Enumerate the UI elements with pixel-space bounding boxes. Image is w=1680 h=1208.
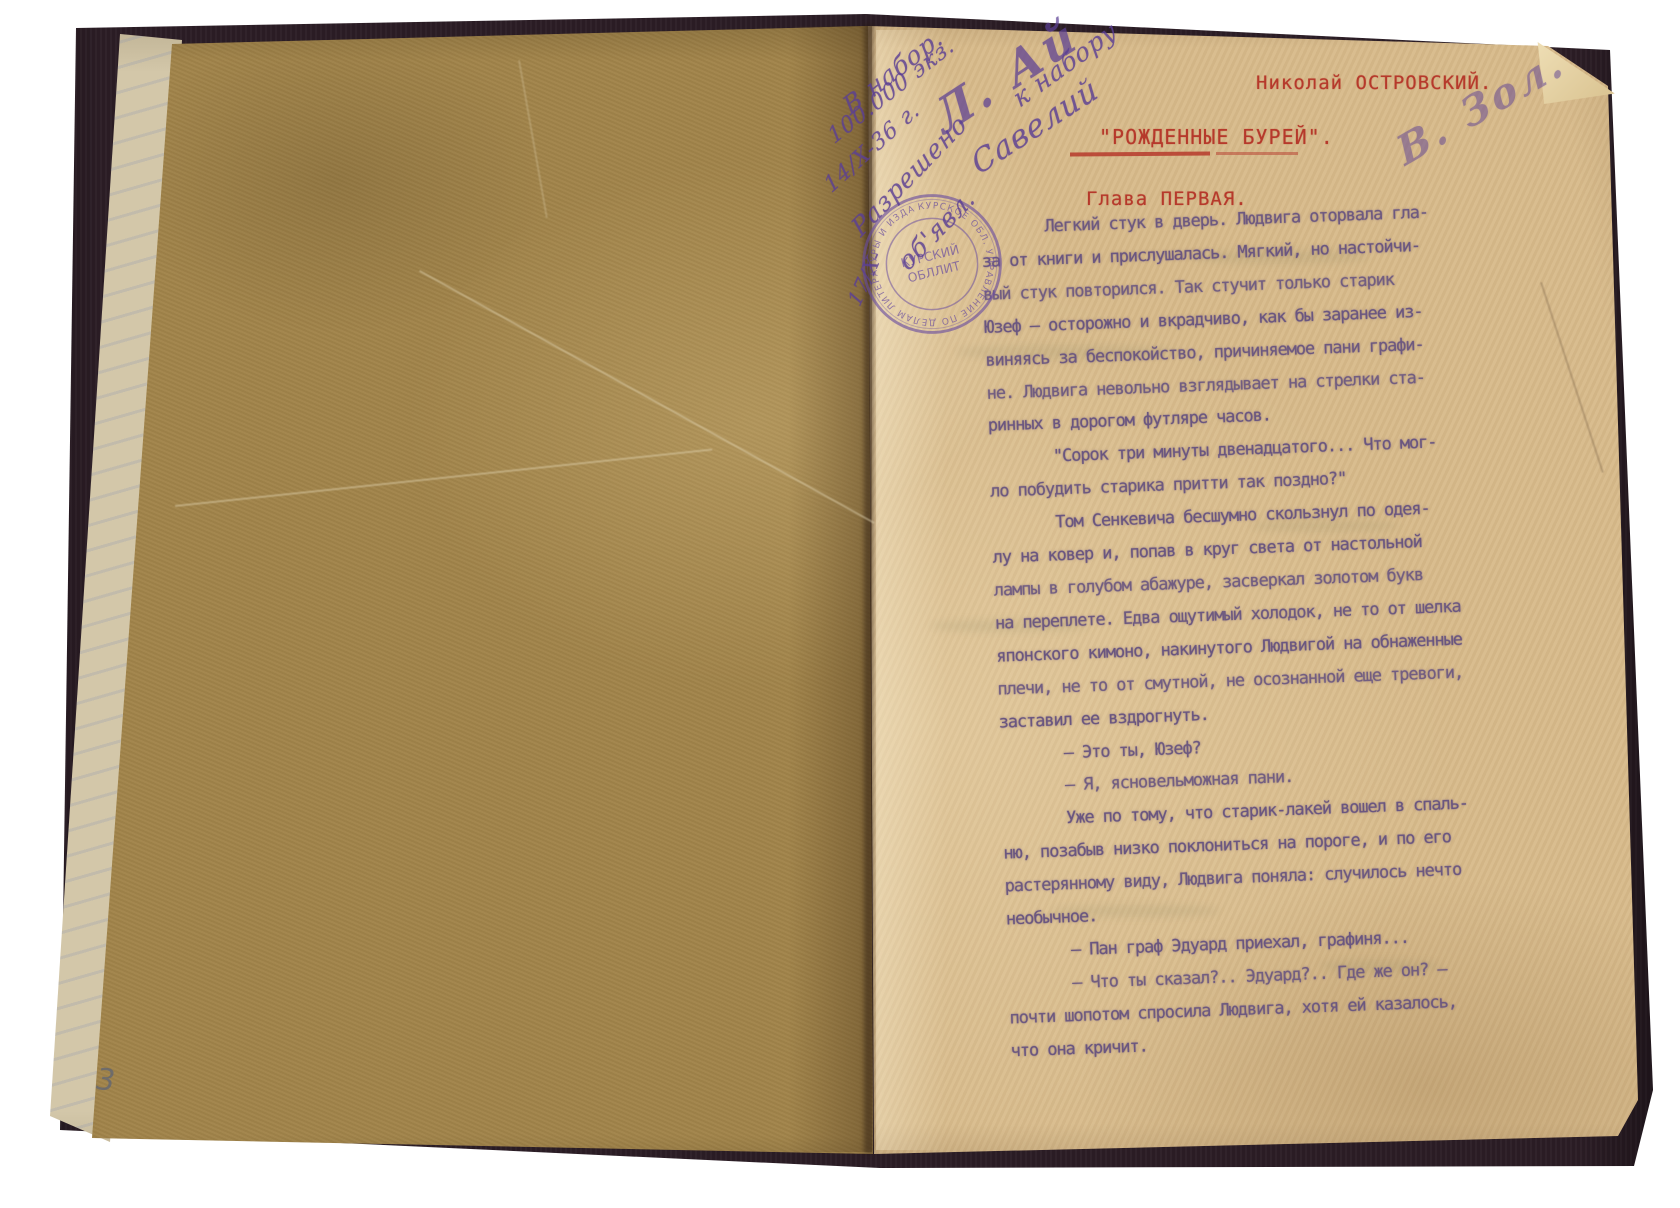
author-name: Николай ОСТРОВСКИЙ. <box>1256 72 1492 94</box>
gutter-shadow <box>788 26 872 1152</box>
manuscript-title: "РОЖДЕННЫЕ БУРЕЙ". <box>1099 125 1334 149</box>
photo-canvas: Николай ОСТРОВСКИЙ. "РОЖДЕННЫЕ БУРЕЙ". Г… <box>0 0 1680 1208</box>
title-underline <box>1216 152 1298 155</box>
typed-text-block: Легкий стук в дверь. Людвига оторвала гл… <box>980 194 1531 1068</box>
gutter-crease <box>864 24 874 1154</box>
